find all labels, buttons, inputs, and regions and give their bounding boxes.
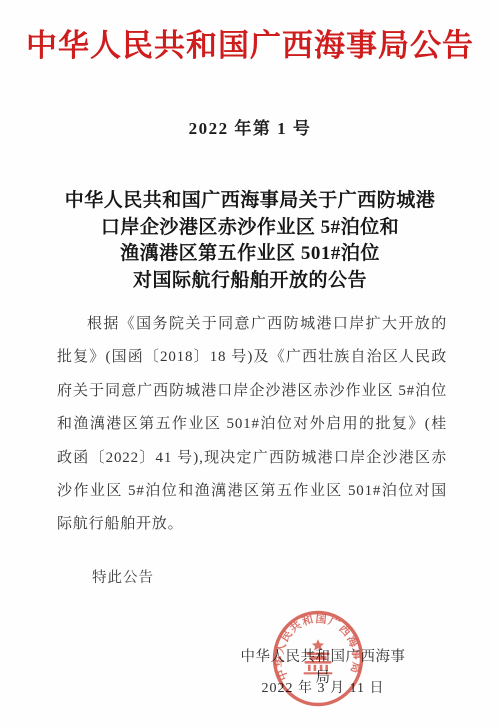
closing-text: 特此公告 bbox=[92, 566, 154, 587]
title-line-4: 对国际航行船舶开放的公告 bbox=[30, 268, 470, 295]
masthead-title: 中华人民共和国广西海事局公告 bbox=[0, 20, 500, 65]
title-line-2: 口岸企沙港区赤沙作业区 5#泊位和 bbox=[30, 215, 470, 242]
announcement-title: 中华人民共和国广西海事局关于广西防城港 口岸企沙港区赤沙作业区 5#泊位和 渔澫… bbox=[30, 188, 470, 294]
title-line-3: 渔澫港区第五作业区 501#泊位 bbox=[30, 241, 470, 268]
body-paragraph: 根据《国务院关于同意广西防城港口岸扩大开放的批复》(国函〔2018〕18 号)及… bbox=[57, 308, 447, 542]
issue-number: 2022 年第 1 号 bbox=[0, 114, 500, 139]
title-line-1: 中华人民共和国广西海事局关于广西防城港 bbox=[30, 188, 470, 215]
signature-date: 2022 年 3 月 11 日 bbox=[238, 677, 408, 697]
announcement-page: 中华人民共和国广西海事局公告 2022 年第 1 号 中华人民共和国广西海事局关… bbox=[0, 0, 500, 727]
